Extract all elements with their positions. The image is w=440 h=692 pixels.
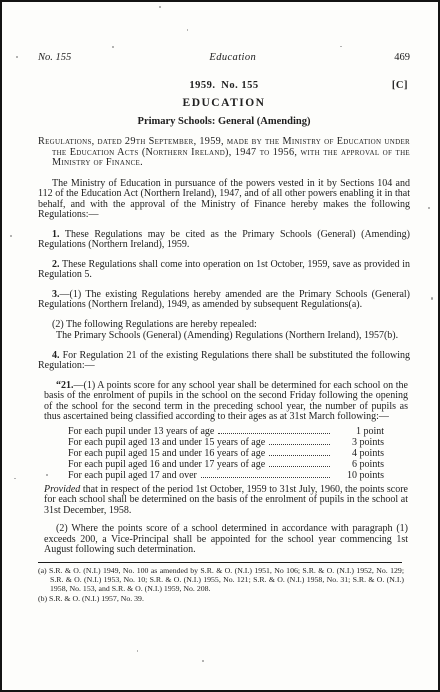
points-row: For each pupil aged 16 and under 17 year… [68, 459, 384, 470]
quoted-regulation-21-text: —(1) A points score for any school year … [44, 380, 408, 423]
points-row-label: For each pupil aged 15 and under 16 year… [68, 448, 265, 459]
regulation-2: 2. These Regulations shall come into ope… [38, 260, 410, 281]
running-head-number: No. 155 [38, 52, 71, 63]
repealed-regulation-reference: The Primary Schools (General) (Amending)… [72, 331, 410, 342]
regulation-1-text: These Regulations may be cited as the Pr… [38, 229, 410, 251]
footnote-b: (b) S.R. & O. (N.I.) 1957, No. 39. [38, 595, 404, 604]
document-title: EDUCATION [38, 97, 410, 109]
points-row-value: 1 point [334, 426, 384, 437]
dot-leader [269, 466, 330, 467]
dot-leader [269, 444, 330, 445]
footnote-a: (a) S.R. & O. (N.I.) 1949, No. 100 as am… [38, 567, 404, 593]
proviso-lead: Provided [44, 484, 80, 495]
footnote-divider [38, 562, 402, 563]
running-head: No. 155 Education 469 [38, 52, 410, 63]
proviso-text: that in respect of the period 1st Octobe… [44, 484, 408, 516]
regulation-4-number: 4. [52, 350, 60, 361]
proviso-paragraph: Provided that in respect of the period 1… [44, 485, 408, 517]
regulation-1: 1. These Regulations may be cited as the… [38, 230, 410, 251]
points-row-label: For each pupil aged 13 and under 15 year… [68, 437, 265, 448]
points-table: For each pupil under 13 years of age 1 p… [68, 426, 384, 481]
quoted-regulation-21: “21.—(1) A points score for any school y… [44, 381, 408, 556]
points-row: For each pupil under 13 years of age 1 p… [68, 426, 384, 437]
running-head-title: Education [209, 52, 256, 63]
regulation-3-2-lead: (2) The following Regulations are hereby… [38, 320, 410, 331]
regulation-3-text: —(1) The existing Regulations hereby ame… [38, 289, 410, 311]
points-row-value: 10 points [334, 470, 384, 481]
regulation-3: 3.—(1) The existing Regulations hereby a… [38, 290, 410, 311]
points-row: For each pupil aged 17 and over 10 point… [68, 470, 384, 481]
dot-leader [218, 433, 330, 434]
dot-leader [201, 477, 330, 478]
regulation-2-number: 2. [52, 259, 60, 270]
regulation-4-text: For Regulation 21 of the existing Regula… [38, 350, 410, 372]
scan-speck [202, 660, 204, 662]
points-row-value: 4 points [334, 448, 384, 459]
points-row-value: 3 points [334, 437, 384, 448]
regulation-1-number: 1. [52, 229, 60, 240]
regulation-3-number: 3. [52, 289, 60, 300]
points-row: For each pupil aged 15 and under 16 year… [68, 448, 384, 459]
masthead: 1959. No. 155 [C] [38, 80, 410, 91]
points-row-label: For each pupil aged 17 and over [68, 470, 197, 481]
points-row: For each pupil aged 13 and under 15 year… [68, 437, 384, 448]
document-subtitle: Primary Schools: General (Amending) [38, 116, 410, 127]
page-content: No. 155 Education 469 1959. No. 155 [C] … [2, 2, 438, 603]
quoted-regulation-21-number: “21. [56, 380, 74, 391]
regulation-4: 4. For Regulation 21 of the existing Reg… [38, 351, 410, 372]
regulation-2-text: These Regulations shall come into operat… [38, 259, 410, 281]
quoted-regulation-21-paragraph-2: (2) Where the points score of a school d… [44, 524, 408, 556]
page-number: 469 [394, 52, 410, 63]
enacting-paragraph: The Ministry of Education in pursuance o… [38, 179, 410, 221]
classification-tag: [C] [392, 80, 408, 91]
points-row-label: For each pupil under 13 years of age [68, 426, 214, 437]
instrument-number: 1959. No. 155 [189, 80, 258, 91]
scan-speck [137, 650, 138, 652]
dot-leader [269, 455, 330, 456]
quoted-regulation-21-paragraph-1: “21.—(1) A points score for any school y… [44, 381, 408, 423]
points-row-value: 6 points [334, 459, 384, 470]
scanned-document-page: No. 155 Education 469 1959. No. 155 [C] … [0, 0, 440, 692]
points-row-label: For each pupil aged 16 and under 17 year… [68, 459, 265, 470]
preamble: Regulations, dated 29th September, 1959,… [52, 137, 410, 169]
